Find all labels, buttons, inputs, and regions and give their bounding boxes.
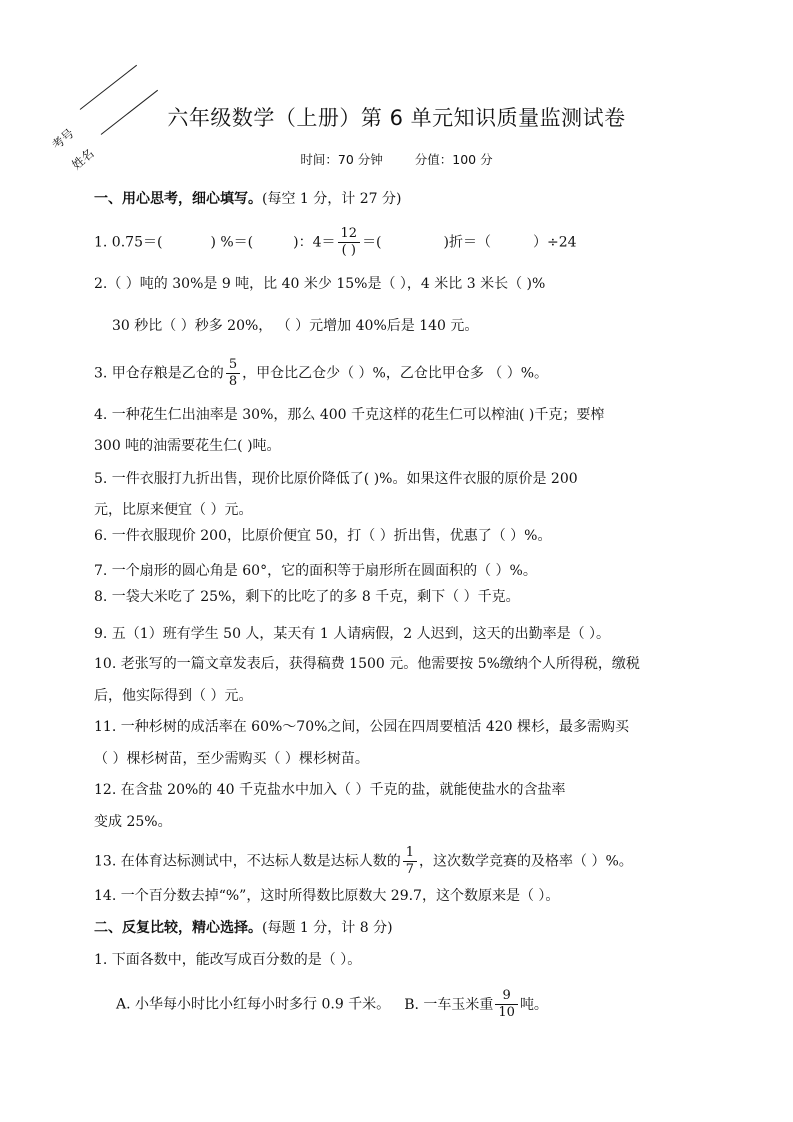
- exam-page: 考号 姓名 六年级数学（上册）第 6 单元知识质量监测试卷 时间：70 分钟 分…: [0, 0, 793, 1122]
- question-13: 13. 在体育达标测试中，不达标人数是达标人数的17，这次数学竞赛的及格率（ ）…: [94, 845, 633, 878]
- exam-score: 分值：100 分: [415, 152, 493, 167]
- fraction: 58: [226, 357, 240, 390]
- question-5b: 元，比原来便宜（ ）元。: [94, 500, 252, 520]
- fraction: 12( ): [338, 226, 361, 259]
- question-4a: 4. 一种花生仁出油率是 30%，那么 400 千克这样的花生仁可以榨油( )千…: [94, 405, 604, 425]
- mc-question-1: 1. 下面各数中，能改写成百分数的是（ ）。: [94, 950, 361, 970]
- fraction: 17: [403, 845, 417, 878]
- question-9: 9. 五（1）班有学生 50 人，某天有 1 人请病假，2 人迟到，这天的出勤率…: [94, 624, 610, 644]
- fraction: 910: [495, 988, 518, 1021]
- question-5a: 5. 一件衣服打九折出售，现价比原价降低了( )%。如果这件衣服的原价是 200: [94, 469, 578, 489]
- question-7: 7. 一个扇形的圆心角是 60°，它的面积等于扇形所在圆面积的（ ）%。: [94, 561, 537, 581]
- question-2b: 30 秒比（ ）秒多 20%， （ ）元增加 40%后是 140 元。: [112, 316, 478, 336]
- question-11a: 11. 一种杉树的成活率在 60%～70%之间，公园在四周要植活 420 棵杉，…: [94, 717, 629, 737]
- question-14: 14. 一个百分数去掉“%”，这时所得数比原数大 29.7，这个数原来是（ ）。: [94, 886, 559, 906]
- question-1: 1. 0.75＝() %＝()：4＝12( )＝()折＝（）÷24: [94, 226, 577, 259]
- question-12a: 12. 在含盐 20%的 40 千克盐水中加入（ ）千克的盐，就能使盐水的含盐率: [94, 780, 565, 800]
- question-12b: 变成 25%。: [94, 812, 172, 832]
- mc-question-1-options: A. 小华每小时比小红每小时多行 0.9 千米。B. 一车玉米重910吨。: [116, 988, 548, 1021]
- question-8: 8. 一袋大米吃了 25%，剩下的比吃了的多 8 千克，剩下（ ）千克。: [94, 587, 520, 607]
- question-11b: （ ）棵杉树苗，至少需购买（ ）棵杉树苗。: [94, 749, 369, 769]
- question-4b: 300 吨的油需要花生仁( )吨。: [94, 436, 281, 456]
- section1-heading: 一、用心思考，细心填写。(每空 1 分，计 27 分): [94, 189, 401, 209]
- question-3: 3. 甲仓存粮是乙仓的58，甲仓比乙仓少（ ）%，乙仓比甲仓多 （ ）%。: [94, 357, 548, 390]
- exam-time: 时间：70 分钟: [300, 152, 382, 167]
- question-10a: 10. 老张写的一篇文章发表后，获得稿费 1500 元。他需要按 5%缴纳个人所…: [94, 654, 640, 674]
- question-6: 6. 一件衣服现价 200，比原价便宜 50，打（ ）折出售，优惠了（ ）%。: [94, 526, 551, 546]
- option-b: B. 一车玉米重910吨。: [404, 997, 548, 1013]
- page-title: 六年级数学（上册）第 6 单元知识质量监测试卷: [0, 102, 793, 132]
- section2-heading: 二、反复比较，精心选择。(每题 1 分，计 8 分): [94, 918, 393, 938]
- option-a: A. 小华每小时比小红每小时多行 0.9 千米。: [116, 997, 390, 1013]
- question-2a: 2.（ ）吨的 30%是 9 吨，比 40 米少 15%是（ ），4 米比 3 …: [94, 274, 545, 294]
- question-10b: 后，他实际得到（ ）元。: [94, 686, 252, 706]
- exam-info: 时间：70 分钟 分值：100 分: [0, 150, 793, 168]
